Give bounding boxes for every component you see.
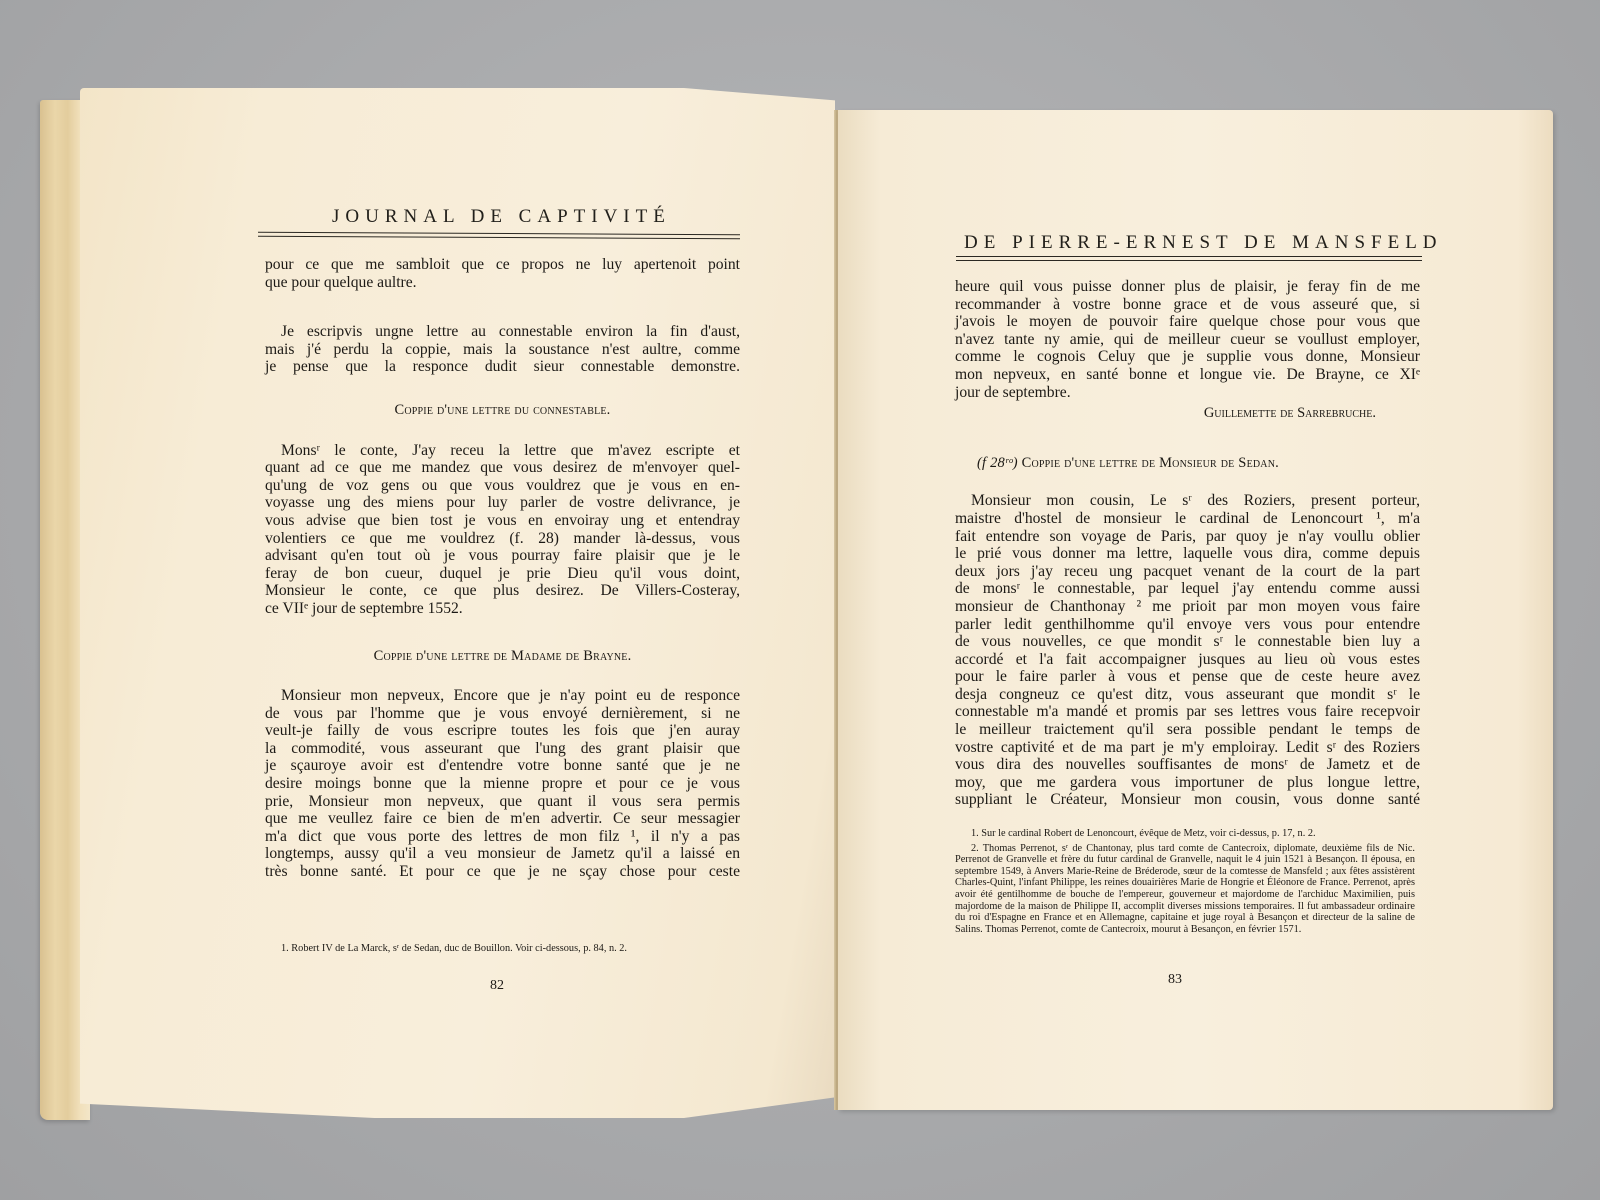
letter-line: fait entendre son voyage de Paris, par q… xyxy=(955,528,1420,546)
letter-line: vous advise que bien tost je vous en env… xyxy=(265,512,740,530)
letter-line: Monsʳ le conte, J'ay receu la lettre que… xyxy=(265,442,740,460)
section-heading: (f 28ʳᵒ) Coppie d'une lettre de Monsieur… xyxy=(955,455,1420,473)
letter-line: comme le cognois Celuy que je supplie vo… xyxy=(955,348,1420,366)
letter-line: monsieur de Chanthonay ² me prioit par m… xyxy=(955,598,1420,616)
letter-signature: Guillemette de Sarrebruche. xyxy=(955,405,1420,423)
letter-line: maistre d'hostel de monsieur le cardinal… xyxy=(955,510,1420,528)
letter-line: de vous nouvelles, ce que mondit sʳ le c… xyxy=(955,633,1420,651)
letter-line: que me veullez faire ce bien de m'en adv… xyxy=(265,810,740,828)
letter-line: très bonne santé. Et pour ce que je ne s… xyxy=(265,863,740,881)
letter-line: le prié vous donner ma lettre, laquelle … xyxy=(955,545,1420,563)
left-footnotes: 1. Robert IV de La Marck, sʳ de Sedan, d… xyxy=(265,943,740,955)
letter-line: j'avois le moyen de pouvoir faire quelqu… xyxy=(955,313,1420,331)
letter-line: n'avez tante ny amie, qui de meilleur cu… xyxy=(955,331,1420,349)
letter-line: qu'ung de voz gens ou que vous vouldrez … xyxy=(265,477,740,495)
footnote: 2. Thomas Perrenot, sʳ de Chantonay, plu… xyxy=(955,843,1415,936)
open-book: JOURNAL DE CAPTIVITÉ pour ce que me samb… xyxy=(0,0,1600,1200)
left-page-body: pour ce que me sambloit que ce propos ne… xyxy=(265,256,740,881)
letter-line: prie, Monsieur mon nepveux, que quant il… xyxy=(265,793,740,811)
letter-line: mon nepveux, en santé bonne et longue vi… xyxy=(955,366,1420,384)
right-running-head: DE PIERRE-ERNEST DE MANSFELD xyxy=(964,232,1443,254)
letter-line: suppliant le Créateur, Monsieur mon cous… xyxy=(955,791,1420,809)
letter-line: Monsieur le conte, ce que plus desirez. … xyxy=(265,582,740,600)
paragraph-line: Je escripvis ungne lettre au connestable… xyxy=(265,323,740,341)
letter-line: voyasse ung des miens pour luy parler de… xyxy=(265,494,740,512)
letter-line: vostre captivité et de ma part je m'y em… xyxy=(955,739,1420,757)
footnote: 1. Robert IV de La Marck, sʳ de Sedan, d… xyxy=(265,943,740,955)
letter-line: la commodité, vous asseurant que l'ung d… xyxy=(265,740,740,758)
paragraph-line: mais j'é perdu la coppie, mais la sousta… xyxy=(265,341,740,359)
letter-line: Monsieur mon cousin, Le sʳ des Roziers, … xyxy=(955,492,1420,510)
letter-line: jour de septembre. xyxy=(955,384,1420,402)
section-heading: Coppie d'une lettre du connestable. xyxy=(265,402,740,420)
paragraph-line: je pense que la responce dudit sieur con… xyxy=(265,358,740,376)
letter-line: deux jors j'ay receu ung pacquet venant … xyxy=(955,563,1420,581)
right-page-number: 83 xyxy=(1168,972,1182,988)
letter-line: longtemps, aussy qu'il a veu monsieur de… xyxy=(265,845,740,863)
letter-line: desire moings bonne que la mienne propre… xyxy=(265,775,740,793)
letter-line: de vous par l'homme que je vous envoyé d… xyxy=(265,705,740,723)
letter-line: connestable m'a mandé et promis par ses … xyxy=(955,703,1420,721)
section-heading-text: Coppie d'une lettre de Monsieur de Sedan… xyxy=(1022,455,1279,471)
letter-line: advisant qu'en tout où je vous pourray f… xyxy=(265,547,740,565)
letter-line: quant ad ce que me mandez que vous desir… xyxy=(265,459,740,477)
letter-line: m'a dict que vous porte des lettres de m… xyxy=(265,828,740,846)
right-head-rule xyxy=(956,256,1422,261)
letter-line: volentiers ce que me vouldrez (f. 28) ma… xyxy=(265,530,740,548)
letter-line: recommander à vostre bonne grace et de v… xyxy=(955,296,1420,314)
letter-line: je sçauroye avoir est d'entendre votre b… xyxy=(265,757,740,775)
letter-line: de monsʳ le connestable, par lequel j'ay… xyxy=(955,580,1420,598)
letter-line: accordé et l'a fait accompaigner jusques… xyxy=(955,651,1420,669)
letter-line: ce VIIᵉ jour de septembre 1552. xyxy=(265,600,740,618)
left-page-number: 82 xyxy=(490,978,504,994)
paragraph-line: que pour quelque aultre. xyxy=(265,274,740,292)
right-page-body: heure quil vous puisse donner plus de pl… xyxy=(955,278,1420,809)
right-footnotes: 1. Sur le cardinal Robert de Lenoncourt,… xyxy=(955,828,1415,935)
letter-line: parler ledit genthilhomme qu'il envoye v… xyxy=(955,616,1420,634)
paragraph-line: pour ce que me sambloit que ce propos ne… xyxy=(265,256,740,274)
letter-line: le meilleur traictement qu'il sera possi… xyxy=(955,721,1420,739)
left-running-head: JOURNAL DE CAPTIVITÉ xyxy=(332,206,671,228)
letter-line: moy, que me gardera vous importuner de p… xyxy=(955,774,1420,792)
letter-line: vous dira des nouvelles souffisantes de … xyxy=(955,756,1420,774)
letter-line: Monsieur mon nepveux, Encore que je n'ay… xyxy=(265,687,740,705)
section-heading: Coppie d'une lettre de Madame de Brayne. xyxy=(265,648,740,666)
letter-line: heure quil vous puisse donner plus de pl… xyxy=(955,278,1420,296)
letter-line: desja congneuz ce qu'est ditz, vous asse… xyxy=(955,686,1420,704)
folio-reference: (f 28ʳᵒ) xyxy=(977,455,1018,471)
footnote: 1. Sur le cardinal Robert de Lenoncourt,… xyxy=(955,828,1415,840)
letter-line: pour le faire parler à vous et pense que… xyxy=(955,668,1420,686)
letter-line: veult-je failly de vous escripre toutes … xyxy=(265,722,740,740)
letter-line: feray de bon cueur, duquel je prie Dieu … xyxy=(265,565,740,583)
